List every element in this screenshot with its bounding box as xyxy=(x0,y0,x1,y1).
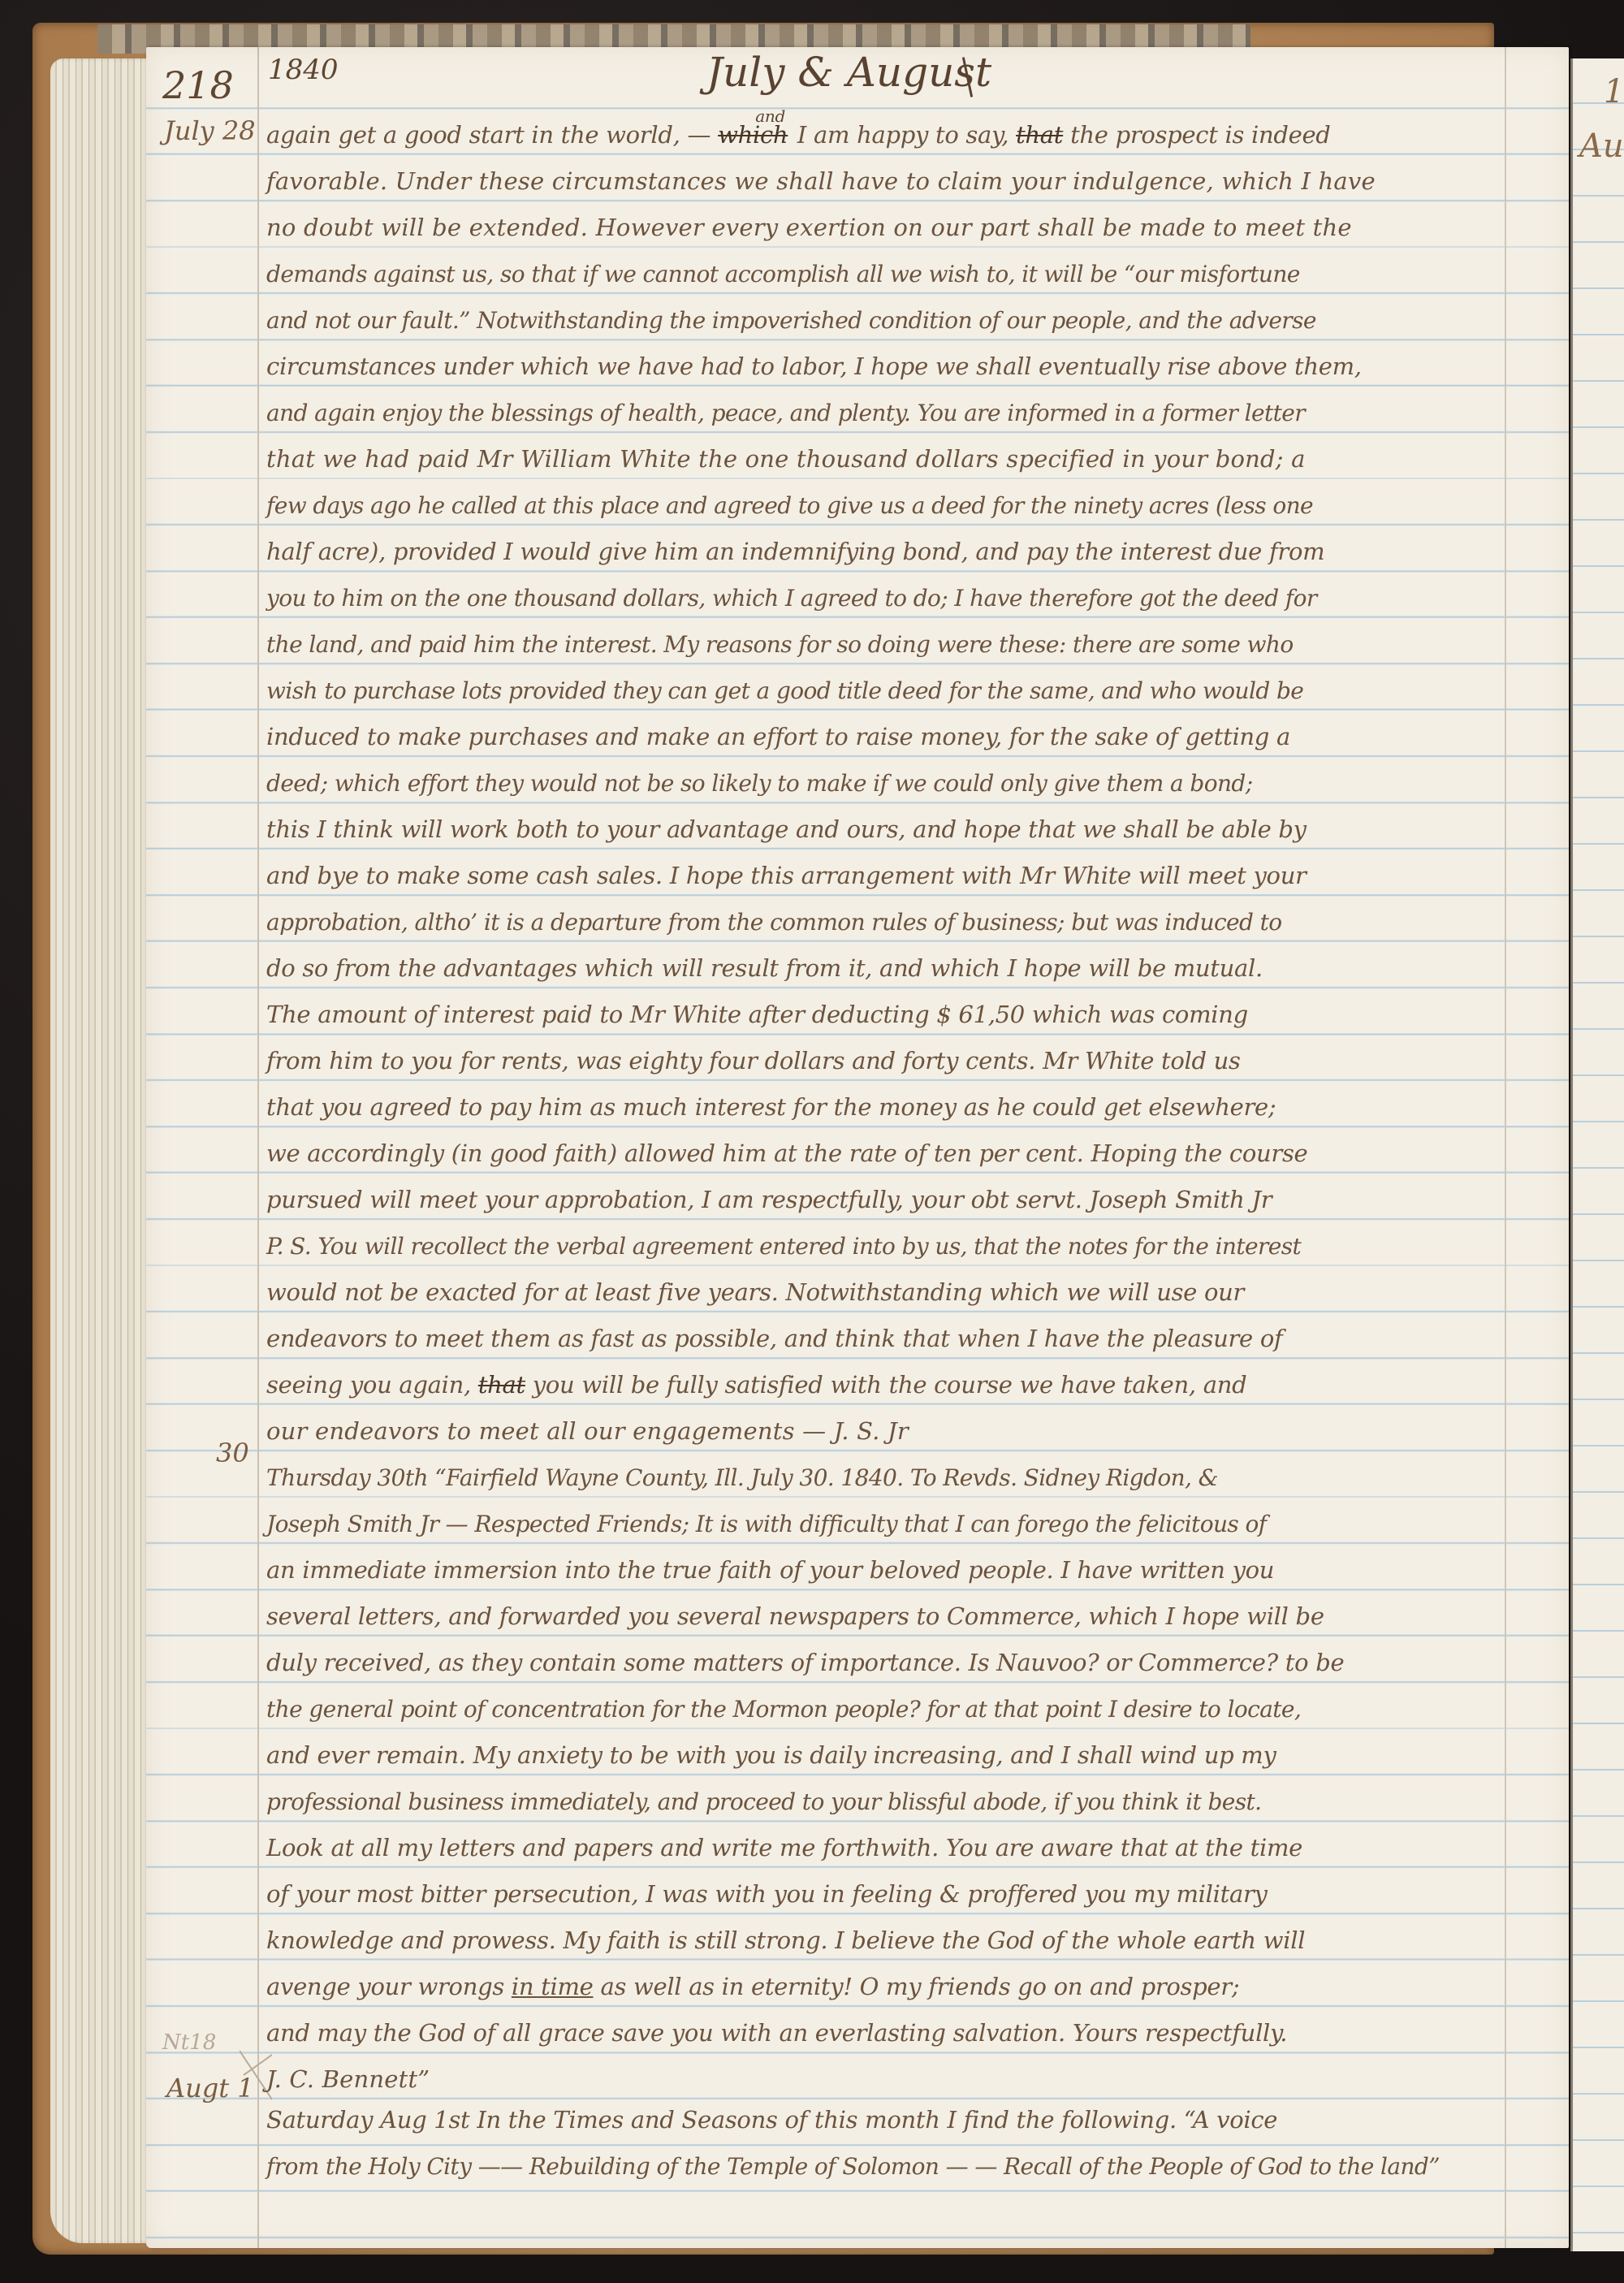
entry-july-30: Thursday 30th “Fairfield Wayne County, I… xyxy=(266,1455,1501,2103)
text-line: endeavors to meet them as fast as possib… xyxy=(266,1316,1501,1362)
margin-date-aug-1: Augt 1 xyxy=(166,2073,254,2104)
inserted-word: and xyxy=(755,106,785,126)
entry-aug-1: Saturday Aug 1st In the Times and Season… xyxy=(266,2097,1501,2190)
text-line: you to him on the one thousand dollars, … xyxy=(266,575,1501,621)
text-line: the land, and paid him the interest. My … xyxy=(266,621,1501,668)
text-line: several letters, and forwarded you sever… xyxy=(266,1593,1501,1640)
text-line: and may the God of all grace save you wi… xyxy=(266,2010,1501,2056)
text-line: we accordingly (in good faith) allowed h… xyxy=(266,1131,1501,1177)
next-page-sliver: 1 Aug xyxy=(1570,58,1624,2251)
text-line: the general point of concentration for t… xyxy=(266,1686,1501,1732)
page-number: 218 xyxy=(162,63,234,107)
text-line: Joseph Smith Jr — Respected Friends; It … xyxy=(266,1501,1501,1547)
text-line: pursued will meet your approbation, I am… xyxy=(266,1177,1501,1223)
text-line: from the Holy City —— Rebuilding of the … xyxy=(266,2143,1501,2190)
text-line: an immediate immersion into the true fai… xyxy=(266,1547,1501,1593)
text-line: P. S. You will recollect the verbal agre… xyxy=(266,1223,1501,1269)
text-line: favorable. Under these circumstances we … xyxy=(266,158,1501,205)
text-line: of your most bitter persecution, I was w… xyxy=(266,1871,1501,1918)
text-line: professional business immediately, and p… xyxy=(266,1779,1501,1825)
text-line: Look at all my letters and papers and wr… xyxy=(266,1825,1501,1871)
text-line: our endeavors to meet all our engagement… xyxy=(266,1408,1501,1455)
page-year: 1840 xyxy=(268,54,339,86)
text-line: deed; which effort they would not be so … xyxy=(266,760,1501,806)
text-line: do so from the advantages which will res… xyxy=(266,945,1501,992)
struck-word: that xyxy=(478,1371,525,1399)
underlined-phrase: in time xyxy=(512,1973,594,2000)
text-line: induced to make purchases and make an ef… xyxy=(266,714,1501,760)
text-line: seeing you again, that you will be fully… xyxy=(266,1362,1501,1408)
next-page-number-fragment: 1 xyxy=(1604,73,1624,110)
text-line: half acre), provided I would give him an… xyxy=(266,529,1501,575)
text-line: and not our fault.” Notwithstanding the … xyxy=(266,297,1501,344)
text-line: and bye to make some cash sales. I hope … xyxy=(266,853,1501,899)
text-line: would not be exacted for at least five y… xyxy=(266,1269,1501,1316)
text-line: The amount of interest paid to Mr White … xyxy=(266,992,1501,1038)
page-heading: July & August xyxy=(706,49,991,96)
margin-pencil-note: Nt18 xyxy=(162,2030,216,2055)
text-line: this I think will work both to your adva… xyxy=(266,806,1501,853)
text-line: and again enjoy the blessings of health,… xyxy=(266,390,1501,436)
text-line: knowledge and prowess. My faith is still… xyxy=(266,1918,1501,1964)
text-line: wish to purchase lots provided they can … xyxy=(266,668,1501,714)
text-line: that you agreed to pay him as much inter… xyxy=(266,1084,1501,1131)
page-stack-edges xyxy=(50,58,156,2243)
text-line: again get a good start in the world, — w… xyxy=(266,112,1501,158)
text-line: few days ago he called at this place and… xyxy=(266,482,1501,529)
struck-word: that xyxy=(1016,121,1063,149)
text-line: from him to you for rents, was eighty fo… xyxy=(266,1038,1501,1084)
text-line: and ever remain. My anxiety to be with y… xyxy=(266,1732,1501,1779)
text-line: Thursday 30th “Fairfield Wayne County, I… xyxy=(266,1455,1501,1501)
text-line: no doubt will be extended. However every… xyxy=(266,205,1501,251)
text-line: duly received, as they contain some matt… xyxy=(266,1640,1501,1686)
text-line: approbation, altho’ it is a departure fr… xyxy=(266,899,1501,945)
margin-date-30: 30 xyxy=(216,1438,249,1468)
entry-july-28: again get a good start in the world, — w… xyxy=(266,112,1501,1455)
margin-date-july-28: July 28 xyxy=(164,115,256,146)
text-line: Saturday Aug 1st In the Times and Season… xyxy=(266,2097,1501,2143)
text-line: demands against us, so that if we cannot… xyxy=(266,251,1501,297)
next-page-date-fragment: Aug xyxy=(1579,128,1624,165)
text-line: avenge your wrongs in time as well as in… xyxy=(266,1964,1501,2010)
signature-line: J. C. Bennett” xyxy=(266,2056,1501,2103)
text-line: circumstances under which we have had to… xyxy=(266,344,1501,390)
text-line: that we had paid Mr William White the on… xyxy=(266,436,1501,482)
